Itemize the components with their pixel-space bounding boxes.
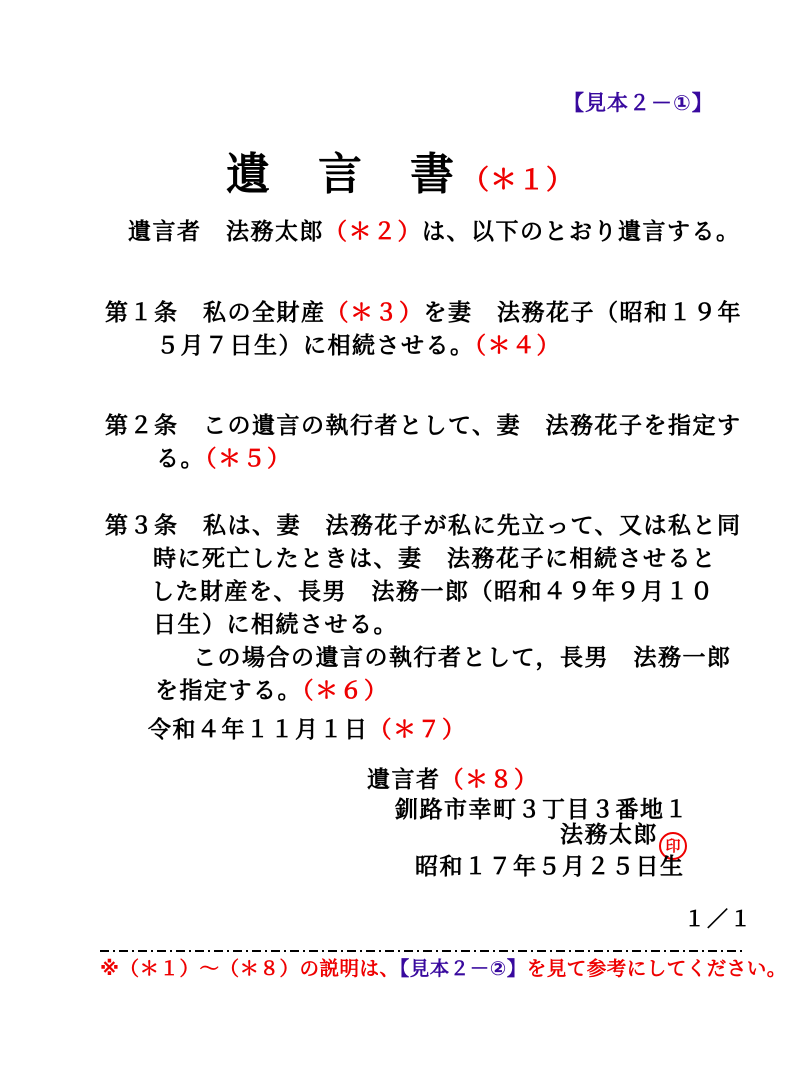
testator-label-line: 遺言者（＊８）: [367, 766, 539, 795]
clause3-text6: を指定する。: [155, 678, 302, 704]
birthdate-text: 昭和１７年５月２５日生: [415, 854, 685, 880]
clause2-line1: 第２条 この遺言の執行者として、妻 法務花子を指定す: [105, 412, 742, 441]
annotation-8: （＊８）: [441, 767, 539, 793]
clause3-text5: この場合の遺言の執行者として，長男 法務一郎: [193, 645, 732, 671]
clause3-line2: 時に死亡したときは、妻 法務花子に相続させると: [153, 545, 717, 574]
clause1-text: 第１条 私の全財産: [105, 300, 326, 326]
document-title: 遺 言 書: [226, 149, 456, 200]
clause2-line2: る。（＊５）: [156, 445, 292, 474]
annotation-3: （＊３）: [326, 300, 424, 326]
annotation-7: （＊７）: [369, 717, 467, 743]
will-document-page: 【見本２－①】 遺 言 書（＊１） 遺言者 法務太郎（＊２）は、以下のとおり遺言…: [0, 0, 800, 1074]
date-line: 令和４年１１月１日（＊７）: [148, 716, 467, 745]
page-number: １／１: [684, 906, 753, 932]
clause3-line5: この場合の遺言の執行者として，長男 法務一郎: [193, 644, 732, 673]
sample-label: 【見本２－①】: [563, 90, 714, 116]
birthdate-line: 昭和１７年５月２５日生: [415, 853, 685, 882]
title-annotation-1: （＊１）: [462, 165, 574, 196]
annotation-4: （＊４）: [475, 333, 562, 359]
clause3-line6: を指定する。（＊６）: [155, 677, 389, 706]
clause2-text2: る。: [156, 446, 205, 472]
dash-dot-divider: [100, 950, 742, 952]
annotation-6: （＊６）: [302, 678, 389, 704]
clause3-text4: 日生）に相続させる。: [153, 612, 398, 638]
footer-reference-label: 【見本２－②】: [399, 957, 526, 980]
clause3-text1: 第３条 私は、妻 法務花子が私に先立って、又は私と同: [105, 513, 742, 539]
document-title-row: 遺 言 書（＊１）: [0, 138, 800, 202]
testator-label: 遺言者: [367, 767, 441, 793]
clause1-text2: ５月７日生）に相続させる。: [156, 333, 475, 359]
date-text: 令和４年１１月１日: [148, 717, 369, 743]
clause2-text: 第２条 この遺言の執行者として、妻 法務花子を指定す: [105, 413, 742, 439]
testator-name: 法務太郎: [560, 822, 658, 848]
address-text: 釧路市幸町３丁目３番地１: [395, 797, 689, 823]
annotation-5: （＊５）: [205, 446, 292, 472]
clause3-text2: 時に死亡したときは、妻 法務花子に相続させると: [153, 546, 717, 572]
clause3-line3: した財産を、長男 法務一郎（昭和４９年９月１０: [151, 578, 715, 607]
clause3-line1: 第３条 私は、妻 法務花子が私に先立って、又は私と同: [105, 512, 742, 541]
clause3-text3: した財産を、長男 法務一郎（昭和４９年９月１０: [151, 579, 715, 605]
footer-note: ※（＊１）～（＊８）の説明は、【見本２－②】を見て参考にしてください。: [100, 957, 787, 981]
intro-text-after: は、以下のとおり遺言する。: [422, 219, 741, 245]
intro-line: 遺言者 法務太郎（＊２）は、以下のとおり遺言する。: [128, 218, 741, 247]
footer-note-text: ※（＊１）～（＊８）の説明は、: [100, 957, 399, 980]
footer-note-text-after: を見て参考にしてください。: [527, 957, 787, 980]
clause3-line4: 日生）に相続させる。: [153, 611, 398, 640]
clause1-line2: ５月７日生）に相続させる。（＊４）: [156, 332, 561, 361]
intro-text: 遺言者 法務太郎: [128, 219, 324, 245]
clause1-text-after: を妻 法務花子（昭和１９年: [424, 300, 743, 326]
annotation-2: （＊２）: [324, 219, 422, 245]
clause1-line1: 第１条 私の全財産（＊３）を妻 法務花子（昭和１９年: [105, 299, 742, 328]
